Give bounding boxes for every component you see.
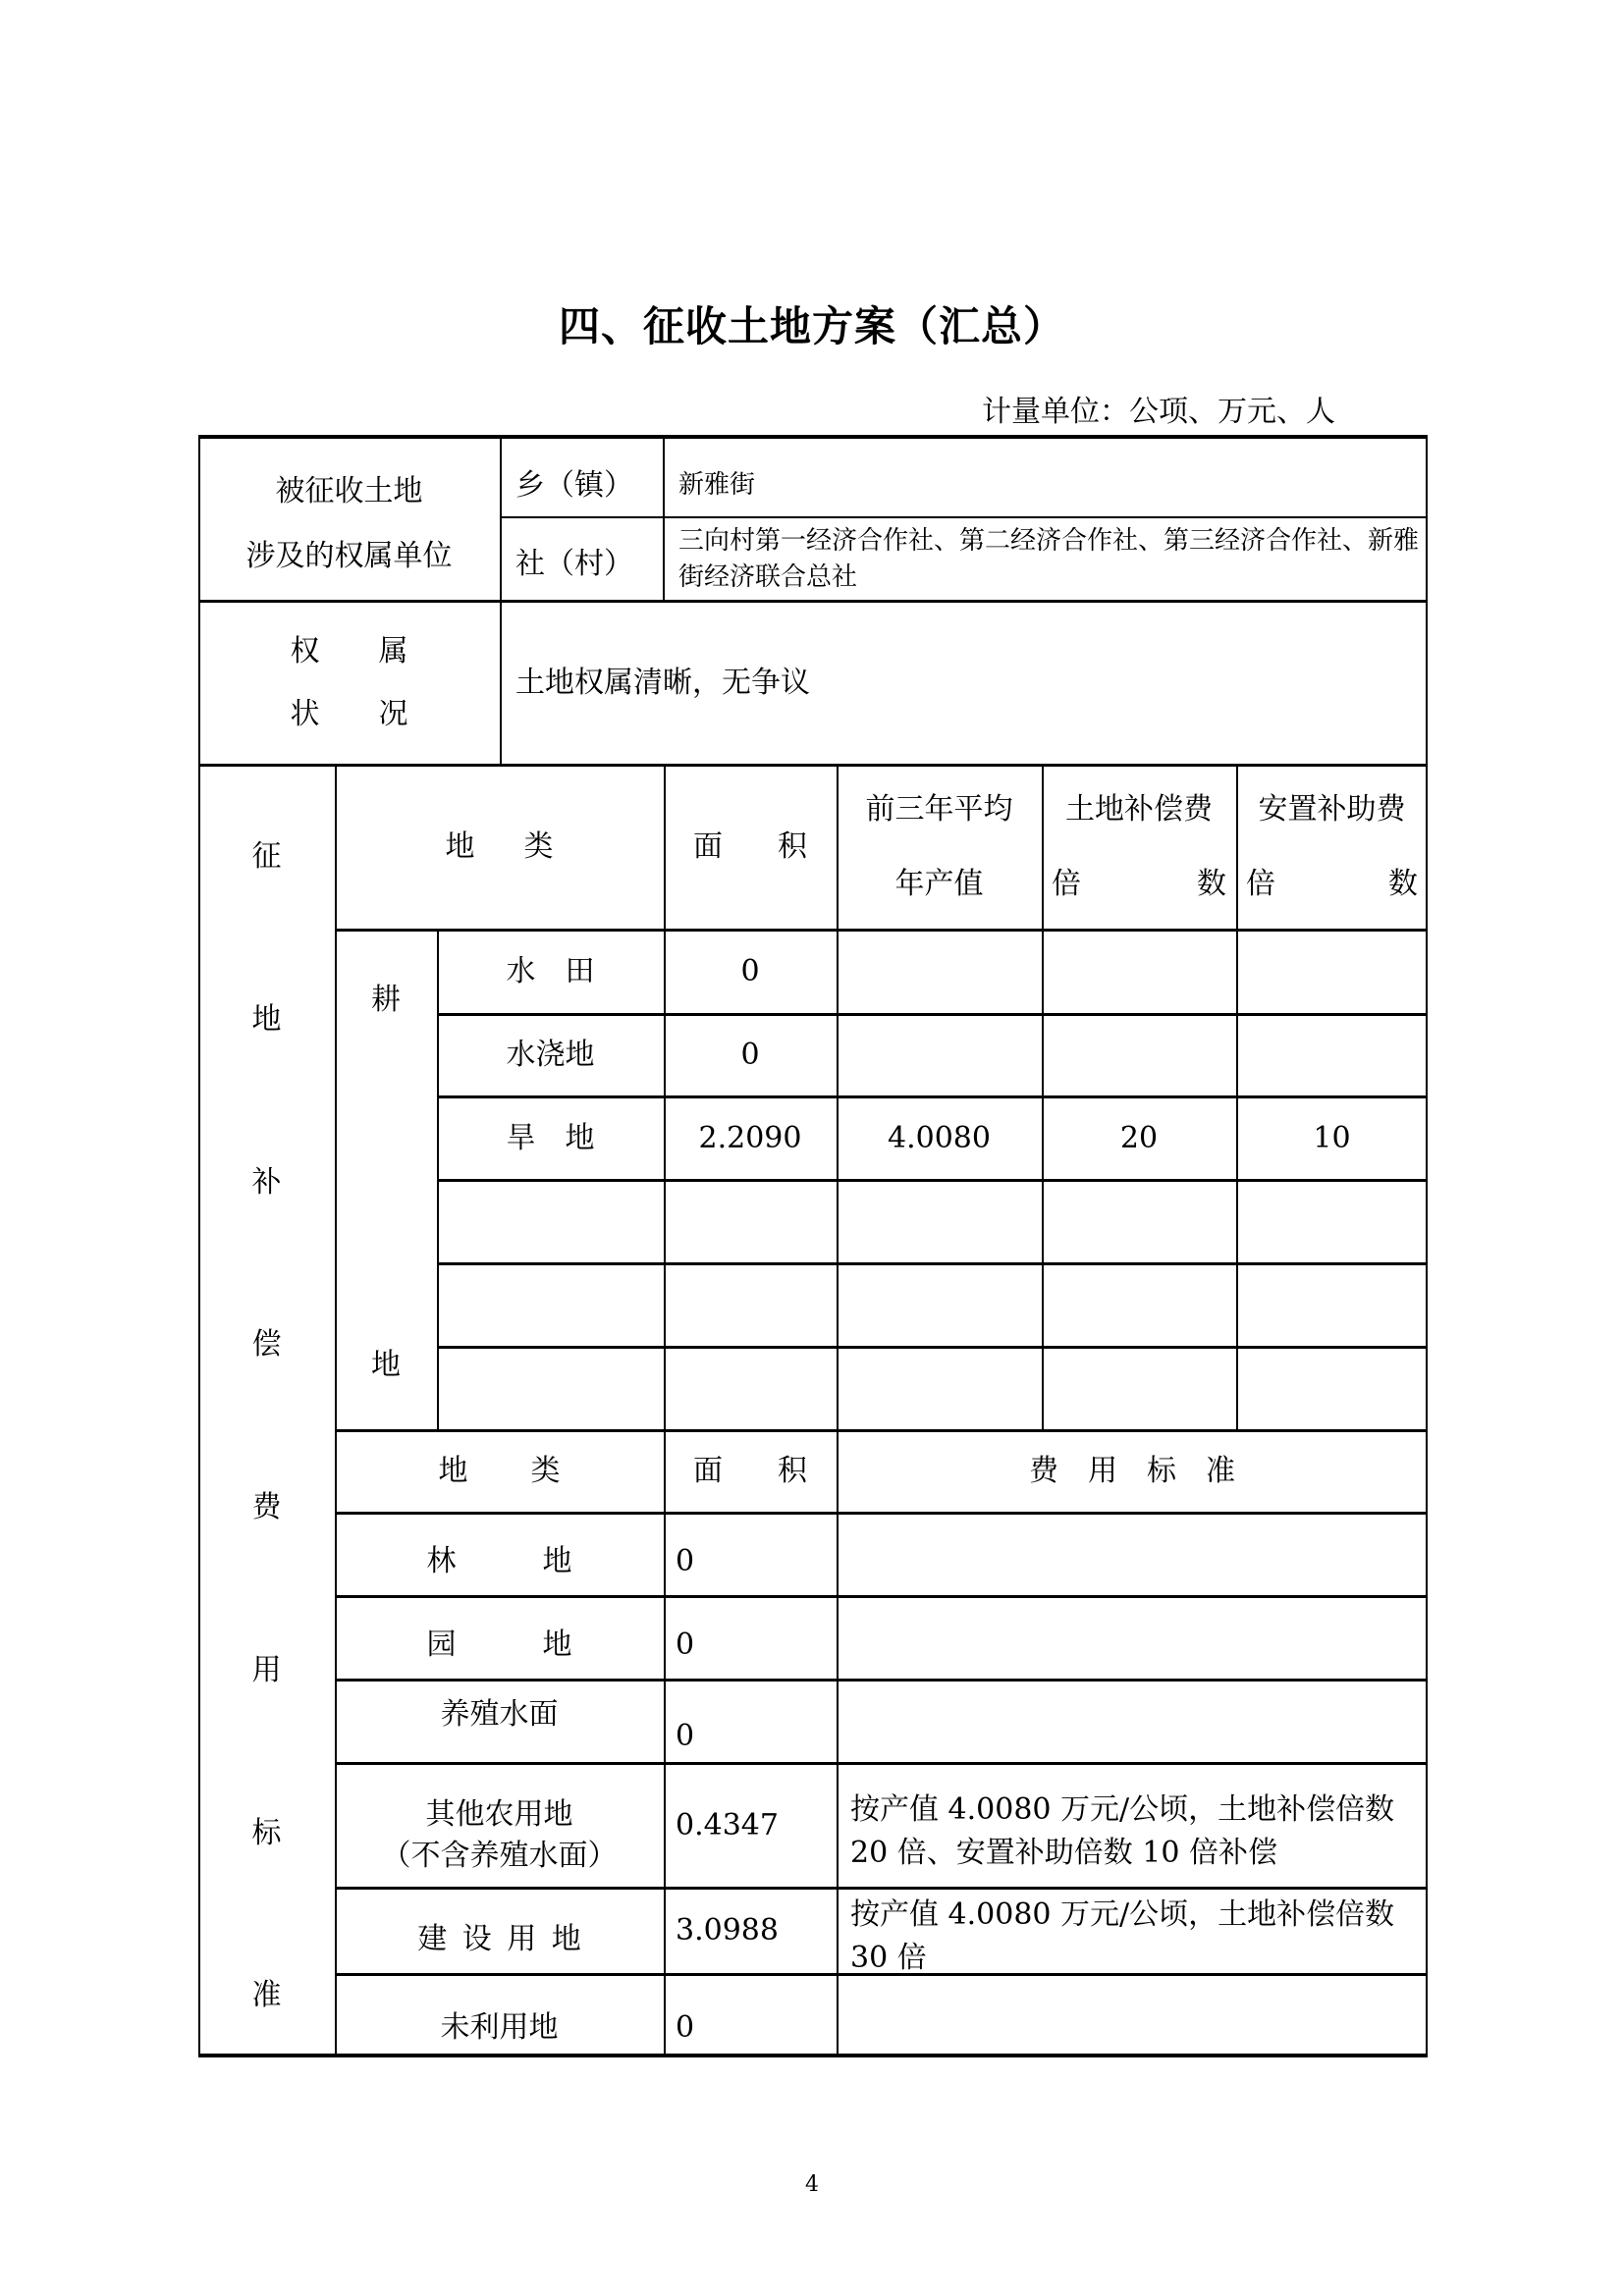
header-char: 面 <box>693 826 723 869</box>
cell-standard: 按产值 4.0080 万元/公顷，土地补偿倍数 30 倍 <box>837 1888 1428 1974</box>
owner-unit-label: 被征收土地 涉及的权属单位 <box>198 435 500 601</box>
side-label-char: 偿 <box>252 1323 282 1366</box>
header-resettlement-multiple: 安置补助费 倍数 <box>1236 765 1428 930</box>
cell-area: 0 <box>664 930 837 1013</box>
side-label-char: 费 <box>252 1486 282 1529</box>
cell-standard <box>837 1513 1428 1596</box>
cell-standard <box>837 1974 1428 2055</box>
cell-land-type: 其他农用地 （不含养殖水面） <box>335 1763 664 1888</box>
cell-char: 园 <box>427 1624 457 1667</box>
header-char: 数 <box>1197 863 1226 906</box>
cultivated-label-char: 耕 <box>371 979 401 1022</box>
cell-land-comp: 20 <box>1042 1096 1236 1180</box>
cell-land-type: 建 设 用 地 <box>335 1888 664 1974</box>
side-label-char: 补 <box>252 1161 282 1204</box>
cell-land-comp <box>1042 930 1236 1013</box>
cell-area <box>664 1347 837 1430</box>
header-char: 地 <box>446 826 475 869</box>
header-char: 类 <box>531 1450 561 1493</box>
cell-resettle <box>1236 930 1428 1013</box>
cell-resettle <box>1236 1013 1428 1096</box>
header-char: 面 <box>693 1450 723 1493</box>
cultivated-label-char: 地 <box>371 1344 401 1387</box>
cell-land-type <box>437 1180 664 1263</box>
cell-area: 3.0988 <box>664 1888 837 1974</box>
status-label-char: 属 <box>379 630 408 673</box>
cell-area: 0 <box>664 1596 837 1680</box>
header-line: 前三年平均 <box>866 788 1013 831</box>
page-number: 4 <box>0 2172 1624 2197</box>
town-label: 乡（镇） <box>500 435 663 517</box>
cell-area: 2.2090 <box>664 1096 837 1180</box>
header-char: 数 <box>1388 863 1418 906</box>
cell-area <box>664 1263 837 1347</box>
cell-area: 0 <box>664 1680 837 1763</box>
header-char: 积 <box>778 826 807 869</box>
village-label: 社（村） <box>500 517 663 601</box>
header-other-land-type: 地类 <box>335 1430 664 1513</box>
land-acquisition-table: 被征收土地 涉及的权属单位 乡（镇） 新雅街 社（村） 三向村第一经济合作社、第… <box>198 435 1428 2056</box>
cell-standard: 按产值 4.0080 万元/公顷，土地补偿倍数 20 倍、安置补助倍数 10 倍… <box>837 1763 1428 1888</box>
cell-avg-output <box>837 1013 1042 1096</box>
header-land-compensation-multiple: 土地补偿费 倍数 <box>1042 765 1236 930</box>
cell-char: 地 <box>543 1624 572 1667</box>
unit-label: 计量单位：公项、万元、人 <box>982 387 1335 430</box>
cell-standard <box>837 1680 1428 1763</box>
side-label-compensation-standard: 征 地 补 偿 费 用 标 准 <box>198 765 335 2056</box>
side-label-char: 准 <box>252 1974 282 2017</box>
header-char: 地 <box>439 1450 468 1493</box>
status-label-char: 权 <box>291 630 320 673</box>
cell-land-type: 林地 <box>335 1513 664 1596</box>
cell-land-type: 水 田 <box>437 930 664 1013</box>
cell-land-type-main: 其他农用地 <box>426 1794 573 1836</box>
status-label-char: 况 <box>379 693 408 736</box>
owner-unit-label-line1: 被征收土地 <box>276 470 423 513</box>
page-title: 四、征收土地方案（汇总） <box>0 294 1624 353</box>
header-line: 年产值 <box>895 863 984 906</box>
cell-land-comp <box>1042 1013 1236 1096</box>
cell-land-type: 未利用地 <box>335 1974 664 2055</box>
header-line: 土地补偿费 <box>1065 788 1213 831</box>
cell-area <box>664 1180 837 1263</box>
cultivated-land-label: 耕 地 <box>335 930 437 1430</box>
ownership-status-value: 土地权属清晰，无争议 <box>500 601 1428 765</box>
side-label-char: 征 <box>252 835 282 879</box>
side-label-char: 用 <box>252 1649 282 1692</box>
header-line: 安置补助费 <box>1259 788 1406 831</box>
cell-land-type <box>437 1263 664 1347</box>
cell-land-type: 旱 地 <box>437 1096 664 1180</box>
cell-land-type: 养殖水面 <box>335 1680 664 1763</box>
cell-land-type <box>437 1347 664 1430</box>
header-char: 倍 <box>1052 863 1081 906</box>
header-char: 类 <box>524 826 554 869</box>
header-other-area: 面积 <box>664 1430 837 1513</box>
town-value: 新雅街 <box>663 435 1428 517</box>
ownership-status-label: 权 属 状 况 <box>198 601 500 765</box>
cell-land-type: 水浇地 <box>437 1013 664 1096</box>
side-label-char: 标 <box>252 1812 282 1855</box>
cell-land-type-sub: （不含养殖水面） <box>382 1836 618 1877</box>
cell-area: 0.4347 <box>664 1763 837 1888</box>
owner-unit-label-line2: 涉及的权属单位 <box>246 535 453 578</box>
status-label-char: 状 <box>291 693 320 736</box>
cell-standard <box>837 1596 1428 1680</box>
village-value: 三向村第一经济合作社、第二经济合作社、第三经济合作社、新雅街经济联合总社 <box>663 517 1428 601</box>
header-char: 积 <box>778 1450 807 1493</box>
side-label-char: 地 <box>252 998 282 1041</box>
cell-land-type: 园地 <box>335 1596 664 1680</box>
header-area: 面积 <box>664 765 837 930</box>
header-avg-annual-output: 前三年平均 年产值 <box>837 765 1042 930</box>
cell-resettle: 10 <box>1236 1096 1428 1180</box>
cell-avg-output: 4.0080 <box>837 1096 1042 1180</box>
header-char: 倍 <box>1246 863 1275 906</box>
cell-area: 0 <box>664 1513 837 1596</box>
header-fee-standard: 费 用 标 准 <box>837 1430 1428 1513</box>
cell-char: 林 <box>427 1540 457 1583</box>
header-land-type: 地类 <box>335 765 664 930</box>
cell-char: 地 <box>543 1540 572 1583</box>
cell-avg-output <box>837 930 1042 1013</box>
cell-area: 0 <box>664 1013 837 1096</box>
cell-area: 0 <box>664 1974 837 2055</box>
